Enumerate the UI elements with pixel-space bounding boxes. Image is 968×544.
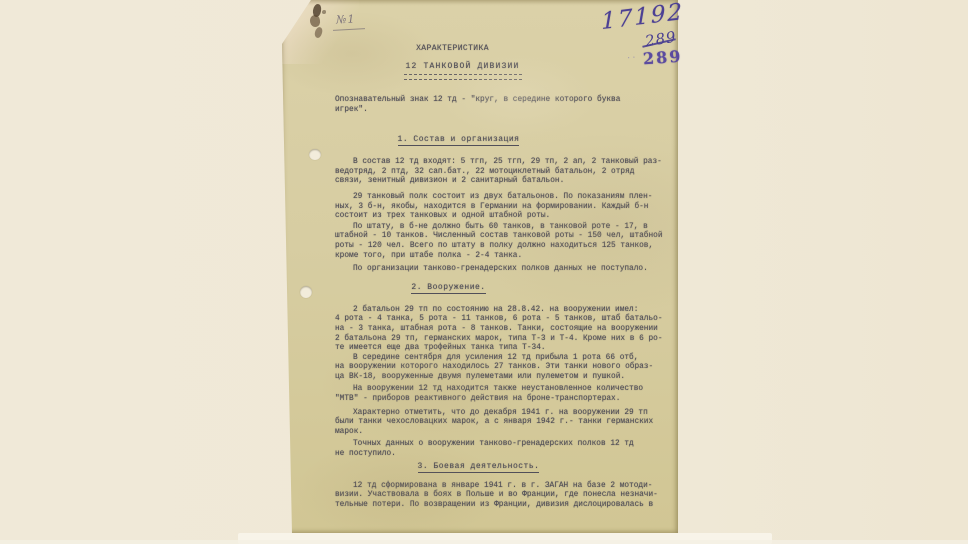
document-paragraph: В середине сентября для усиления 12 тд п… [335, 354, 676, 383]
title-underline [404, 74, 522, 80]
document-paragraph: Точных данных о вооружении танково-грена… [335, 440, 676, 459]
document-body: ХАРАКТЕРИСТИКА 12 ТАНКОВОЙ ДИВИЗИИ Опозн… [335, 0, 676, 510]
scanned-document-page: ХАРАКТЕРИСТИКА 12 ТАНКОВОЙ ДИВИЗИИ Опозн… [281, 0, 678, 534]
section-heading-text: 3. Боевая деятельность. [418, 462, 540, 473]
document-paragraph: По штату, в б-не должно быть 60 танков, … [335, 223, 676, 261]
document-paragraph: 12 тд сформирована в январе 1941 г. в г.… [335, 482, 676, 511]
document-title: ХАРАКТЕРИСТИКА [282, 44, 623, 54]
section-heading-armament: 2. Вооружение. [278, 283, 619, 293]
document-paragraph: На вооружении 12 тд находится также неус… [335, 385, 676, 404]
section-heading-text: 2. Вооружение. [411, 283, 485, 294]
document-paragraph: По организации танково-гренадерских полк… [335, 265, 676, 275]
handwritten-corner-note: №1 [336, 13, 356, 27]
document-subtitle: 12 ТАНКОВОЙ ДИВИЗИИ [292, 62, 633, 72]
document-paragraph: Характерно отметить, что до декабря 1941… [335, 409, 676, 438]
document-paragraph: 2 батальон 29 тп по состоянию на 28.8.42… [335, 306, 676, 354]
ink-dots: ·· [627, 52, 639, 64]
section-heading-text: 1. Состав и организация [398, 135, 520, 146]
section-heading-composition: 1. Состав и организация [288, 135, 629, 145]
staple-rust-stain [322, 10, 326, 14]
document-paragraph: В состав 12 тд входят: 5 тгп, 25 тгп, 29… [335, 158, 676, 187]
scanner-bed-edge [0, 540, 968, 544]
document-paragraph: 29 танковый полк состоит из двух батальо… [335, 193, 676, 222]
punch-hole [309, 149, 321, 160]
section-heading-combat-activity: 3. Боевая деятельность. [308, 462, 649, 472]
punch-hole [300, 286, 312, 298]
corner-crease [280, 0, 310, 45]
intro-paragraph: Опознавательный знак 12 тд - "круг, в се… [335, 96, 676, 115]
stamped-page-number: 289 [642, 47, 683, 69]
